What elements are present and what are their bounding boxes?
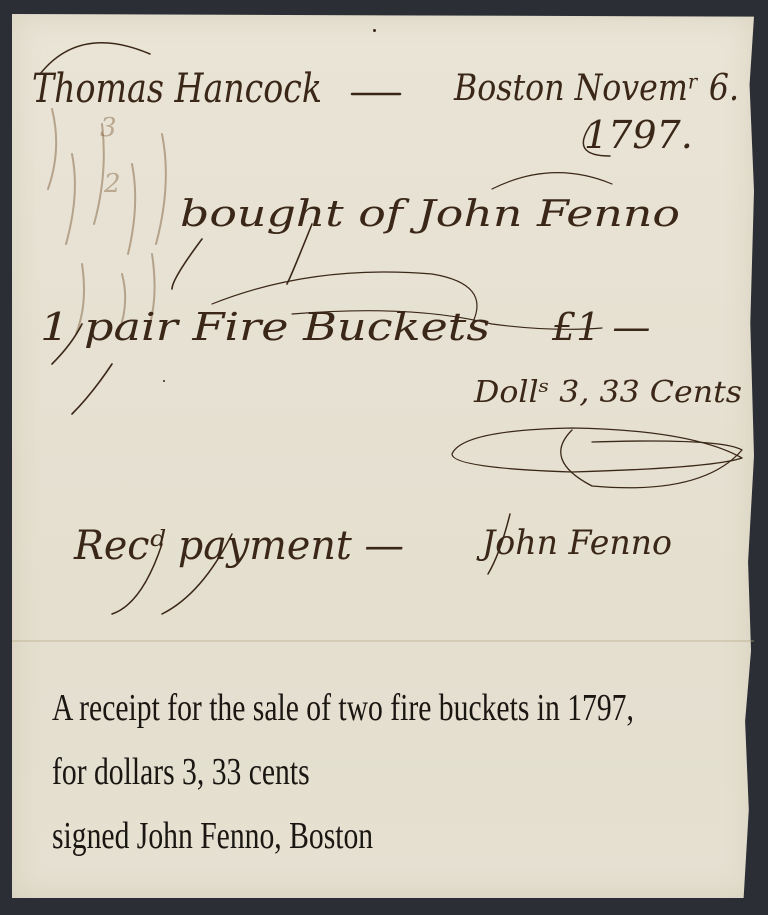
item-price: £1 — [551, 305, 650, 349]
bought-of-line: bought of John Fenno [180, 194, 680, 235]
caption-line-2: for dollars 3, 33 cents [52, 740, 590, 804]
ink-dot [163, 380, 165, 382]
ink-dot [373, 29, 376, 32]
margin-bleed-through: 3 2 [48, 109, 166, 334]
margin-note-1: 3 [100, 113, 117, 143]
typed-caption: A receipt for the sale of two fire bucke… [52, 676, 590, 868]
caption-line-3: signed John Fenno, Boston [52, 804, 590, 868]
place-date: Boston Novemʳ 6. [453, 68, 739, 109]
item-line: 1 pair Fire Buckets [40, 305, 490, 349]
year: 1797. [584, 113, 693, 157]
amount: Dollˢ 3, 33 Cents [473, 375, 742, 410]
received-payment: Recᵈ payment — [73, 523, 404, 569]
buyer-name: Thomas Hancock [32, 66, 322, 112]
handwritten-receipt: 3 2 Thomas Hancock Boston Novemʳ 6. 1797… [12, 14, 754, 634]
margin-note-2: 2 [103, 169, 121, 199]
caption-line-1: A receipt for the sale of two fire bucke… [52, 676, 590, 740]
paper-fold-line [12, 640, 754, 642]
flourish [452, 428, 742, 488]
